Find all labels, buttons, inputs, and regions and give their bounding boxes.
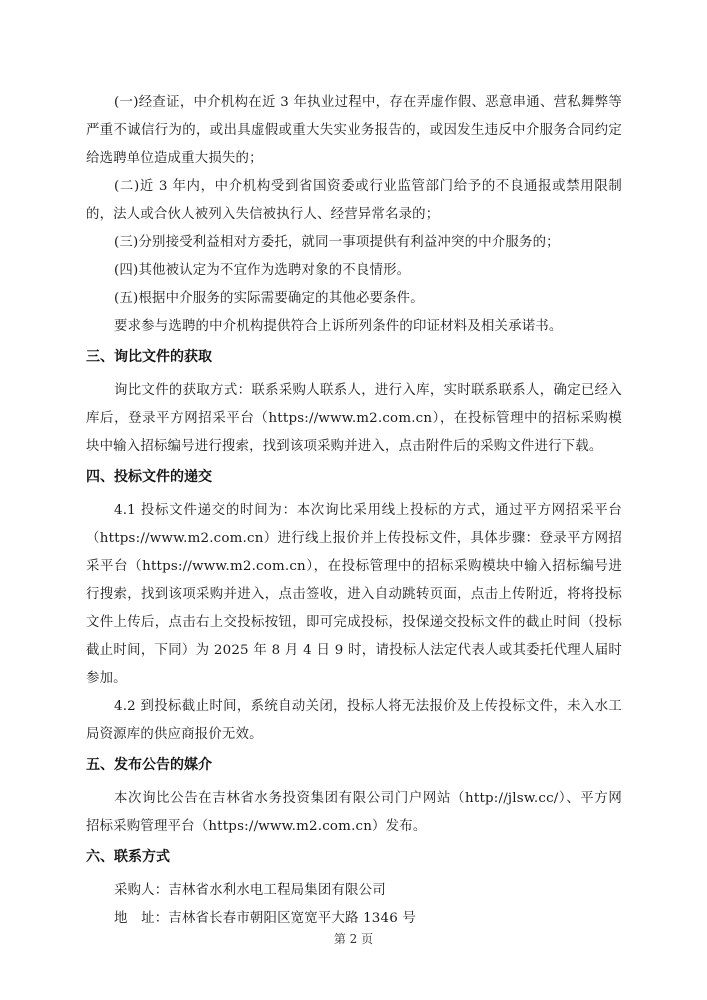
section-4-paragraph-1: 4.1 投标文件递交的时间为：本次询比采用线上投标的方式，通过平方网招采平台（h… (86, 497, 622, 693)
section-4-paragraph-2: 4.2 到投标截止时间，系统自动关闭，投标人将无法报价及上传投标文件，未入水工局… (86, 693, 622, 749)
commitment-note: 要求参与选聘的中介机构提供符合上诉所列条件的印证材料及相关承诺书。 (86, 313, 622, 341)
section-5-paragraph: 本次询比公告在吉林省水务投资集团有限公司门户网站（http://jlsw.cc/… (86, 785, 622, 841)
section-heading-6: 六、联系方式 (86, 843, 622, 871)
criteria-item-2: (二)近 3 年内，中介机构受到省国资委或行业监管部门给予的不良通报或禁用限制的… (86, 173, 622, 229)
section-3-paragraph: 询比文件的获取方式：联系采购人联系人，进行入库，实时联系联系人，确定已经入库后，… (86, 377, 622, 461)
criteria-item-3: (三)分别接受利益相对方委托，就同一事项提供有利益冲突的中介服务的； (86, 229, 622, 257)
section-heading-4: 四、投标文件的递交 (86, 463, 622, 491)
section-heading-5: 五、发布公告的媒介 (86, 751, 622, 779)
criteria-item-1: (一)经查证，中介机构在近 3 年执业过程中，存在弄虚作假、恶意串通、营私舞弊等… (86, 89, 622, 173)
section-heading-3: 三、询比文件的获取 (86, 343, 622, 371)
contact-address: 地 址：吉林省长春市朝阳区宽宽平大路 1346 号 (86, 905, 622, 933)
criteria-item-4: (四)其他被认定为不宜作为选聘对象的不良情形。 (86, 257, 622, 285)
document-page: (一)经查证，中介机构在近 3 年执业过程中，存在弄虚作假、恶意串通、营私舞弊等… (86, 89, 622, 933)
contact-purchaser: 采购人：吉林省水利水电工程局集团有限公司 (86, 877, 622, 905)
criteria-item-5: (五)根据中介服务的实际需要确定的其他必要条件。 (86, 285, 622, 313)
page-number: 第 2 页 (0, 930, 707, 947)
